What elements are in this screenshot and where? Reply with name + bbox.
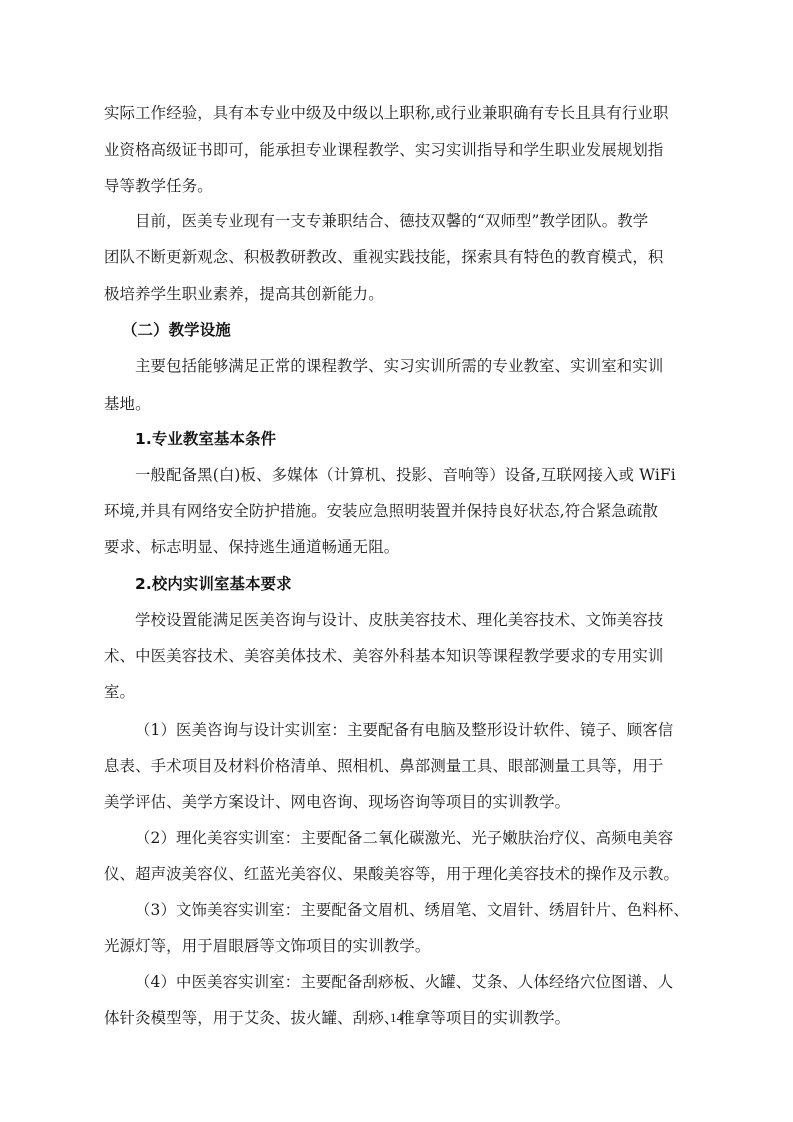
paragraph-line: （4）中医美容实训室：主要配备刮痧板、火罐、艾条、人体经络穴位图谱、人 xyxy=(135,964,705,1000)
paragraph-line: 室。 xyxy=(104,674,704,710)
paragraph-line: 极培养学生职业素养，提高其创新能力。 xyxy=(104,276,704,312)
paragraph-line: （1）医美咨询与设计实训室：主要配备有电脑及整形设计软件、镜子、顾客信 xyxy=(135,712,705,748)
paragraph-line: 团队不断更新观念、积极教研教改、重视实践技能，探索具有特色的教育模式，积 xyxy=(104,239,704,275)
paragraph-line: （3）文饰美容实训室：主要配备文眉机、绣眉笔、文眉针、绣眉针片、色料杯、 xyxy=(135,892,705,928)
paragraph-line: 术、中医美容技术、美容美体技术、美容外科基本知识等课程教学要求的专用实训 xyxy=(104,638,704,674)
section-heading: （二）教学设施 xyxy=(122,312,722,348)
paragraph-line: 目前，医美专业现有一支专兼职结合、德技双馨的“双师型”教学团队。教学 xyxy=(135,203,705,239)
paragraph-line: 环境,并具有网络安全防护措施。安装应急照明装置并保持良好状态,符合紧急疏散 xyxy=(104,493,704,529)
paragraph-line: 学校设置能满足医美咨询与设计、皮肤美容技术、理化美容技术、文饰美容技 xyxy=(135,602,705,638)
document-page: 实际工作经验，具有本专业中级及中级以上职称,或行业兼职确有专长且具有行业职 业资… xyxy=(0,0,793,1122)
paragraph-line: 美学评估、美学方案设计、网电咨询、现场咨询等项目的实训教学。 xyxy=(104,784,704,820)
paragraph-line: 仪、超声波美容仪、红蓝光美容仪、果酸美容等，用于理化美容技术的操作及示教。 xyxy=(104,856,704,892)
page-number: 14 xyxy=(0,1010,793,1026)
subsection-heading: 1.专业教室基本条件 xyxy=(135,421,705,457)
paragraph-line: 实际工作经验，具有本专业中级及中级以上职称,或行业兼职确有专长且具有行业职 xyxy=(104,95,704,131)
paragraph-line: 导等教学任务。 xyxy=(104,168,704,204)
paragraph-line: 主要包括能够满足正常的课程教学、实习实训所需的专业教室、实训室和实训 xyxy=(135,348,705,384)
subsection-heading: 2.校内实训室基本要求 xyxy=(135,566,705,602)
paragraph-line: （2）理化美容实训室：主要配备二氧化碳激光、光子嫩肤治疗仪、高频电美容 xyxy=(135,820,705,856)
paragraph-line: 业资格高级证书即可，能承担专业课程教学、实习实训指导和学生职业发展规划指 xyxy=(104,132,704,168)
paragraph-line: 基地。 xyxy=(104,386,704,422)
paragraph-line: 要求、标志明显、保持逃生通道畅通无阻。 xyxy=(104,529,704,565)
paragraph-line: 光源灯等，用于眉眼唇等文饰项目的实训教学。 xyxy=(104,928,704,964)
paragraph-line: 息表、手术项目及材料价格清单、照相机、鼻部测量工具、眼部测量工具等，用于 xyxy=(104,748,704,784)
paragraph-line: 一般配备黑(白)板、多媒体（计算机、投影、音响等）设备,互联网接入或 WiFi xyxy=(135,457,705,493)
